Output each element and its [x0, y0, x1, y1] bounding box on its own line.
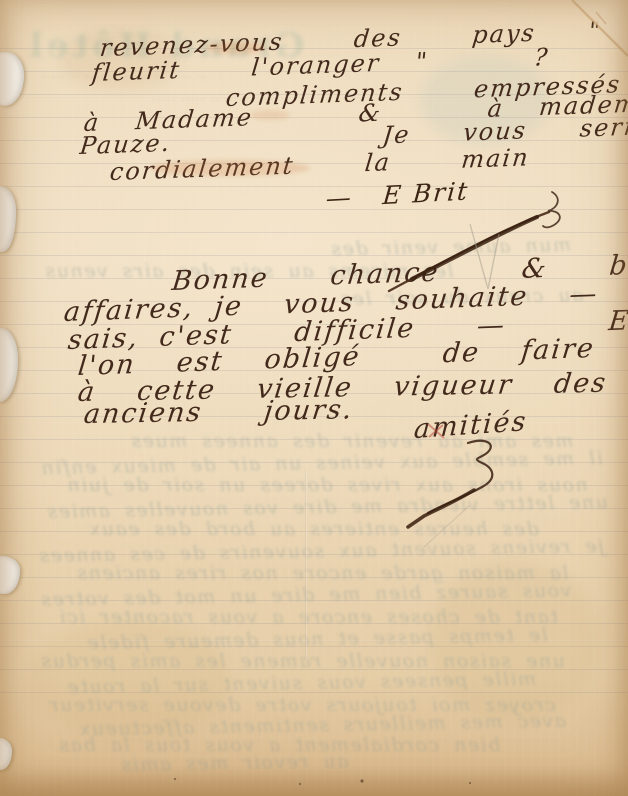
dirt-speck: [174, 778, 176, 780]
verso-ghost-line: au revoir mes amis: [120, 750, 349, 776]
dirt-speck: [469, 782, 471, 784]
torn-edge-patch: [0, 186, 16, 252]
torn-edge-patch: [0, 328, 18, 402]
letter-page: Grand Hôtel ·· ····· ·· ········ ···· ··…: [0, 0, 628, 796]
signature-zigzag: [543, 192, 560, 227]
signature-line: — E Brit: [325, 176, 471, 213]
dirt-speck: [360, 779, 363, 782]
torn-edge-patch: [0, 556, 20, 594]
torn-edge-patch: [0, 738, 12, 770]
torn-edge-patch: [0, 52, 24, 106]
line-anciens: anciens jours.: [82, 394, 355, 430]
dirt-speck: [299, 783, 301, 785]
